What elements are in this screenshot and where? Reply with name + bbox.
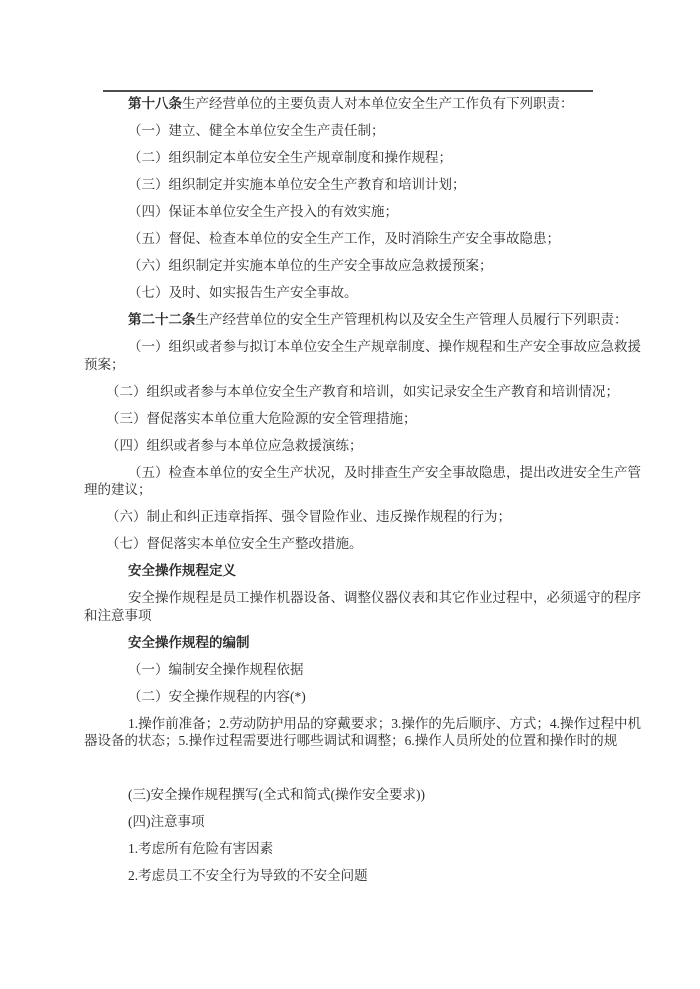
section2-item-1: （一）组织或者参与拟订本单位安全生产规章制度、操作规程和生产安全事故应急救援预案… <box>84 338 616 373</box>
definition-line2: 和注意事项 <box>84 607 616 625</box>
section2-item-5: （五）检查本单位的安全生产状况，及时排查生产安全事故隐患，提出改进安全生产管理的… <box>84 464 616 499</box>
section2-item-5-line2: 理的建议； <box>84 481 616 499</box>
compilation-item-2: （二）安全操作规程的内容(*) <box>84 688 616 706</box>
content-list-line2: 器设备的状态；5.操作过程需要进行哪些调试和调整；6.操作人员所处的位置和操作时… <box>84 732 616 750</box>
section2-item-3: （三）督促落实本单位重大危险源的安全管理措施； <box>84 410 616 428</box>
definition-paragraph: 安全操作规程是员工操作机器设备、调整仪器仪表和其它作业过程中，必须遥守的程序和注… <box>84 589 616 624</box>
section1-item-1: （一）建立、健全本单位安全生产责任制； <box>84 122 616 140</box>
section1-heading-text: 生产经营单位的主要负责人对本单位安全生产工作负有下列职责： <box>182 96 574 111</box>
compilation-item-3: (三)安全操作规程撰写(全式和简式(操作安全要求)) <box>84 786 616 804</box>
compilation-heading: 安全操作规程的编制 <box>84 634 616 652</box>
content-list-paragraph: 1.操作前准备；2.劳动防护用品的穿戴要求；3.操作的先后顺序、方式；4.操作过… <box>84 715 616 750</box>
section1-item-3: （三）组织制定并实施本单位安全生产教育和培训计划； <box>84 176 616 194</box>
note-1: 1.考虑所有危险有害因素 <box>84 840 616 858</box>
section2-heading-text: 生产经营单位的安全生产管理机构以及安全生产管理人员履行下列职责： <box>196 312 628 327</box>
document-page: 第十八条生产经营单位的主要负责人对本单位安全生产工作负有下列职责： （一）建立、… <box>0 0 700 989</box>
section2-item-6: （六）制止和纠正违章指挥、强令冒险作业、违反操作规程的行为； <box>84 508 616 526</box>
document-body: 第十八条生产经营单位的主要负责人对本单位安全生产工作负有下列职责： （一）建立、… <box>84 95 616 894</box>
section2-item-4: （四）组织或者参与本单位应急救援演练； <box>84 437 616 455</box>
definition-line1: 安全操作规程是员工操作机器设备、调整仪器仪表和其它作业过程中，必须遥守的程序 <box>84 589 616 607</box>
section2-item-1-line1: （一）组织或者参与拟订本单位安全生产规章制度、操作规程和生产安全事故应急救援 <box>84 338 616 356</box>
compilation-item-4: (四)注意事项 <box>84 813 616 831</box>
compilation-item-1: （一）编制安全操作规程依据 <box>84 661 616 679</box>
section2-heading: 第二十二条生产经营单位的安全生产管理机构以及安全生产管理人员履行下列职责： <box>84 311 616 329</box>
section2-item-1-line2: 预案； <box>84 356 616 374</box>
section2-item-7: （七）督促落实本单位安全生产整改措施。 <box>84 535 616 553</box>
section1-item-2: （二）组织制定本单位安全生产规章制度和操作规程； <box>84 149 616 167</box>
content-list-line1: 1.操作前准备；2.劳动防护用品的穿戴要求；3.操作的先后顺序、方式；4.操作过… <box>84 715 616 733</box>
section1-item-4: （四）保证本单位安全生产投入的有效实施； <box>84 203 616 221</box>
note-2: 2.考虑员工不安全行为导致的不安全问题 <box>84 867 616 885</box>
section2-heading-number: 第二十二条 <box>128 312 196 327</box>
definition-heading: 安全操作规程定义 <box>84 562 616 580</box>
section1-item-5: （五）督促、检查本单位的安全生产工作，及时消除生产安全事故隐患； <box>84 230 616 248</box>
section2-item-5-line1: （五）检查本单位的安全生产状况，及时排查生产安全事故隐患，提出改进安全生产管 <box>84 464 616 482</box>
section1-heading-number: 第十八条 <box>128 96 182 111</box>
section2-item-2: （二）组织或者参与本单位安全生产教育和培训，如实记录安全生产教育和培训情况； <box>84 383 616 401</box>
section1-item-6: （六）组织制定并实施本单位的生产安全事故应急救援预案； <box>84 257 616 275</box>
header-divider-line <box>103 90 593 92</box>
section1-heading: 第十八条生产经营单位的主要负责人对本单位安全生产工作负有下列职责： <box>84 95 616 113</box>
blank-line <box>84 759 616 777</box>
section1-item-7: （七）及时、如实报告生产安全事故。 <box>84 284 616 302</box>
